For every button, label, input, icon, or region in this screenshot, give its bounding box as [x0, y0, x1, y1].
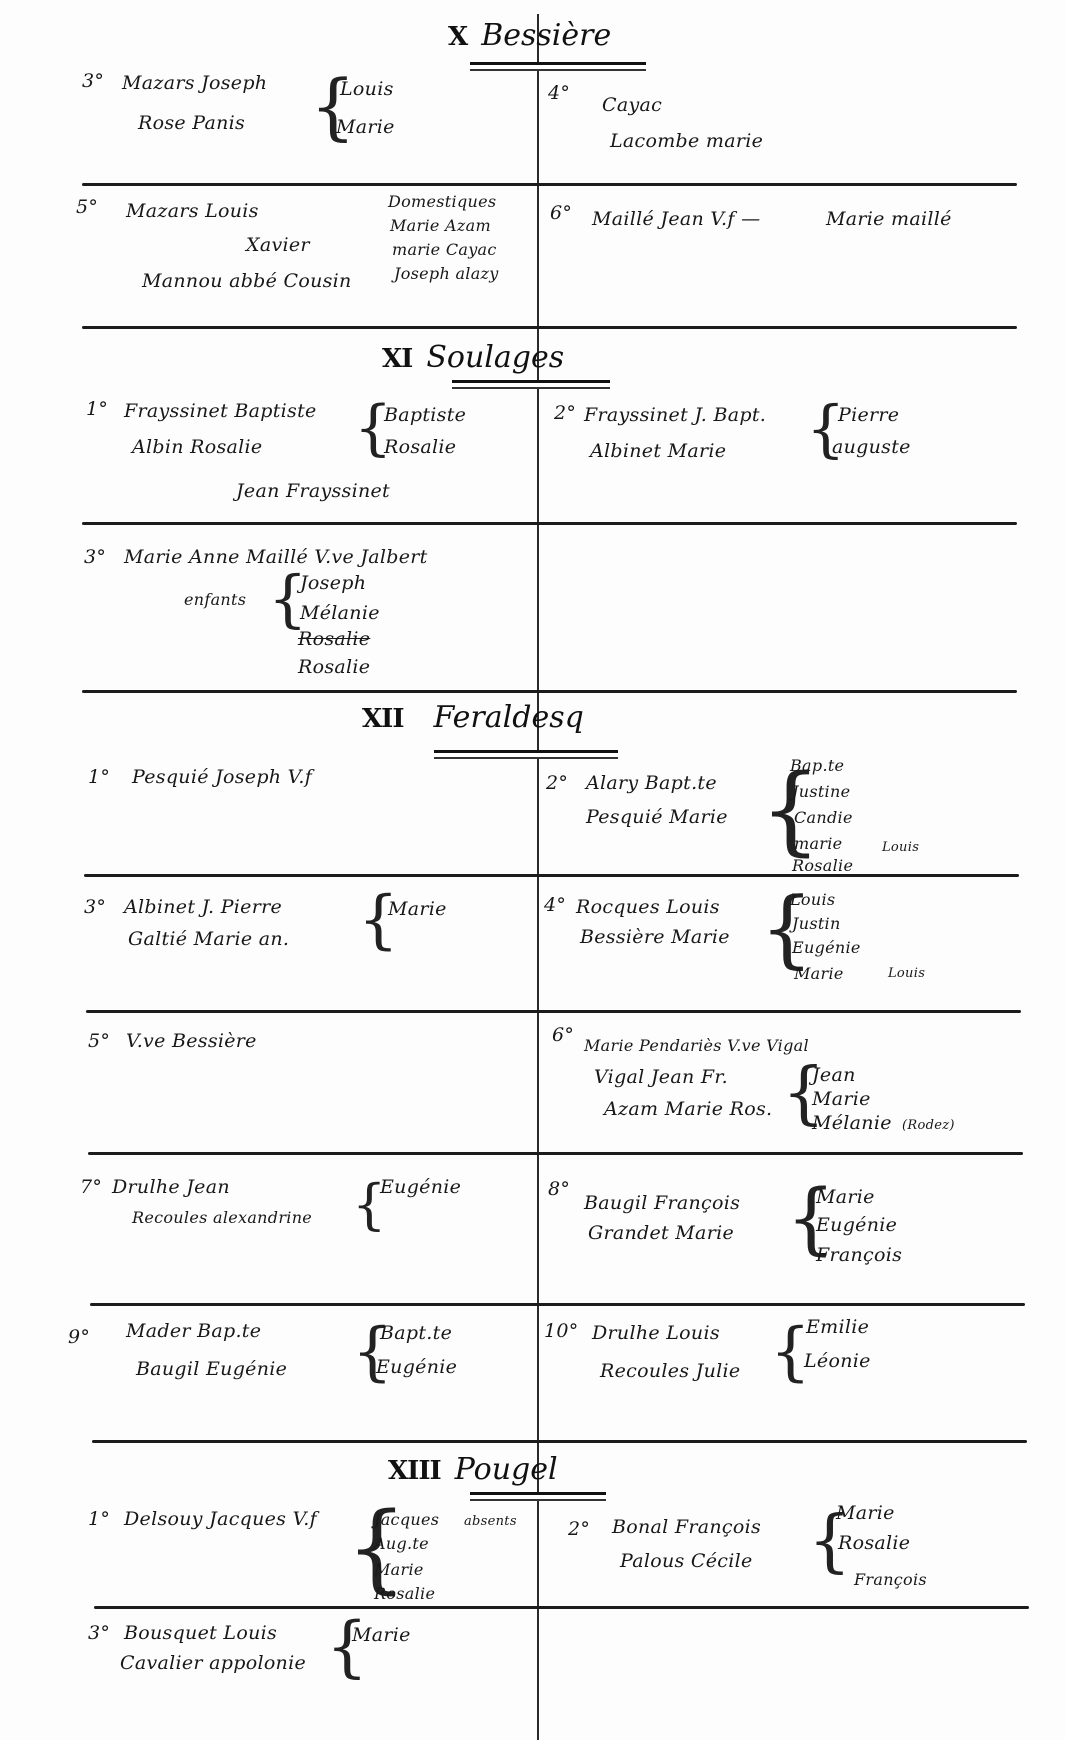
- entry-number: 6°: [552, 1024, 574, 1046]
- entry-number: 10°: [544, 1320, 579, 1342]
- section-roman: XI: [382, 344, 412, 374]
- child-name: Eugénie: [376, 1356, 457, 1378]
- head-name: Bousquet Louis: [124, 1622, 277, 1644]
- child-name: auguste: [832, 436, 911, 458]
- child-name: François: [816, 1244, 902, 1266]
- child-name: Marie: [352, 1624, 411, 1646]
- child-name: Eugénie: [792, 938, 861, 957]
- spouse-name: Bessière Marie: [580, 926, 730, 948]
- child-name: Rosalie: [374, 1584, 435, 1603]
- child-name: Louis: [340, 78, 394, 100]
- spouse-name: Rose Panis: [138, 112, 245, 134]
- row-rule: [94, 1606, 1029, 1609]
- section-heading: XIIIPougel: [388, 1452, 558, 1487]
- entry-number: 7°: [80, 1176, 102, 1198]
- heading-underline: [434, 750, 618, 759]
- household-member: Marie Azam: [390, 216, 491, 235]
- head-name: Frayssinet Baptiste: [124, 400, 317, 422]
- spouse-name: Recoules alexandrine: [132, 1208, 312, 1227]
- head-name: Rocques Louis: [576, 896, 720, 918]
- entry-number: 1°: [88, 1508, 110, 1530]
- head-name: Baugil François: [584, 1192, 740, 1214]
- entry-number: 2°: [546, 772, 568, 794]
- head-name: Bonal François: [612, 1516, 761, 1538]
- spouse-name: Recoules Julie: [600, 1360, 740, 1382]
- child-name: Bap.te: [790, 756, 844, 775]
- spouse-name: Grandet Marie: [588, 1222, 734, 1244]
- entry-number: 6°: [550, 202, 572, 224]
- relative-name: Jean Frayssinet: [236, 480, 390, 502]
- spouse-name: Baugil Eugénie: [136, 1358, 287, 1380]
- spouse-name: Azam Marie Ros.: [604, 1098, 772, 1120]
- heading-underline: [470, 62, 646, 71]
- section-roman: X: [448, 22, 467, 52]
- section-roman: XIII: [388, 1456, 441, 1486]
- child-name: Aug.te: [374, 1534, 429, 1553]
- child-name-struck: Rosalie: [298, 628, 370, 650]
- child-name: Rosalie: [838, 1532, 910, 1554]
- row-rule: [82, 522, 1017, 525]
- section-place: Feraldesq: [434, 700, 584, 735]
- row-rule: [82, 326, 1017, 329]
- section-place: Soulages: [426, 340, 564, 375]
- child-name: Mélanie: [812, 1112, 892, 1134]
- household-member: Marie maillé: [826, 208, 952, 230]
- row-rule: [82, 183, 1017, 186]
- relative-name: Mannou abbé Cousin: [142, 270, 352, 292]
- child-name: Eugénie: [816, 1214, 897, 1236]
- household-member: marie Cayac: [392, 240, 497, 259]
- child-name: Léonie: [804, 1350, 871, 1372]
- head-name: Delsouy Jacques V.f: [124, 1508, 317, 1530]
- entry-number: 8°: [548, 1178, 570, 1200]
- head-name: Mazars Louis: [126, 200, 259, 222]
- row-rule: [86, 1010, 1021, 1013]
- child-name: Joseph: [300, 572, 366, 594]
- entry-number: 2°: [554, 402, 576, 424]
- section-place: Bessière: [481, 18, 611, 53]
- spouse-name: Cavalier appolonie: [120, 1652, 306, 1674]
- entry-number: 2°: [568, 1518, 590, 1540]
- child-name: Candie: [794, 808, 853, 827]
- child-name: Marie: [336, 116, 395, 138]
- spouse-name: Pesquié Marie: [586, 806, 728, 828]
- spouse-name: Albin Rosalie: [132, 436, 262, 458]
- head-name: Drulhe Jean: [112, 1176, 230, 1198]
- child-name: Jean: [812, 1064, 856, 1086]
- spouse-name: Lacombe marie: [610, 130, 763, 152]
- child-name: Louis: [790, 890, 835, 909]
- head-name: Albinet J. Pierre: [124, 896, 282, 918]
- heading-underline: [470, 1492, 606, 1501]
- head-name-cont: Xavier: [246, 234, 310, 256]
- section-heading: XBessière: [448, 18, 611, 53]
- head-name: Mazars Joseph: [122, 72, 267, 94]
- entry-number: 1°: [88, 766, 110, 788]
- head-name: Mader Bap.te: [126, 1320, 261, 1342]
- head-name: V.ve Bessière: [126, 1030, 257, 1052]
- child-name: Marie: [388, 898, 447, 920]
- household-member: Domestiques: [388, 192, 496, 211]
- entry-number: 3°: [82, 70, 104, 92]
- household-member: Joseph alazy: [394, 264, 499, 283]
- child-name: Jacques: [374, 1510, 439, 1529]
- head-name: Alary Bapt.te: [586, 772, 717, 794]
- entry-number: 9°: [68, 1326, 90, 1348]
- head-name: Drulhe Louis: [592, 1322, 720, 1344]
- heading-underline: [452, 380, 610, 389]
- entry-number: 3°: [88, 1622, 110, 1644]
- margin-note: Louis: [888, 966, 925, 981]
- row-rule: [92, 1440, 1027, 1443]
- entry-number: 5°: [76, 196, 98, 218]
- census-page: XBessière 3° Mazars Joseph Rose Panis { …: [0, 0, 1065, 1740]
- child-name: Marie: [794, 964, 844, 983]
- spouse-name: Albinet Marie: [590, 440, 726, 462]
- head-name: Maillé Jean V.f —: [592, 208, 760, 230]
- section-heading: XISoulages: [382, 340, 564, 375]
- children-label: enfants: [184, 590, 246, 609]
- child-name: Baptiste: [384, 404, 466, 426]
- child-name: Pierre: [838, 404, 899, 426]
- row-rule: [88, 1152, 1023, 1155]
- section-place: Pougel: [455, 1452, 558, 1487]
- section-roman: XII: [362, 704, 404, 734]
- entry-number: 4°: [544, 894, 566, 916]
- head-name: Cayac: [602, 94, 662, 116]
- child-name: Justine: [792, 782, 850, 801]
- margin-note: (Rodez): [902, 1118, 955, 1133]
- child-name: Marie: [812, 1088, 871, 1110]
- spouse-name: Palous Cécile: [620, 1550, 753, 1572]
- row-rule: [82, 690, 1017, 693]
- child-name: Mélanie: [300, 602, 380, 624]
- row-rule: [90, 1303, 1025, 1306]
- child-name: Rosalie: [298, 656, 370, 678]
- child-name: Marie: [816, 1186, 875, 1208]
- entry-number: 5°: [88, 1030, 110, 1052]
- relative-name: Vigal Jean Fr.: [594, 1066, 728, 1088]
- entry-number: 1°: [86, 398, 108, 420]
- head-name: Marie Pendariès V.ve Vigal: [584, 1036, 809, 1055]
- child-name: Marie: [374, 1560, 424, 1579]
- margin-note: Louis: [882, 840, 919, 855]
- child-name: Marie: [836, 1502, 895, 1524]
- entry-number: 3°: [84, 896, 106, 918]
- child-name: François: [854, 1570, 927, 1589]
- row-rule: [84, 874, 1019, 877]
- child-name: Rosalie: [792, 856, 853, 875]
- head-name: Frayssinet J. Bapt.: [584, 404, 766, 426]
- section-heading: XIIFeraldesq: [362, 700, 584, 735]
- head-name: Pesquié Joseph V.f: [132, 766, 312, 788]
- entry-number: 3°: [84, 546, 106, 568]
- child-name: Justin: [792, 914, 841, 933]
- entry-number: 4°: [548, 82, 570, 104]
- child-name: Rosalie: [384, 436, 456, 458]
- margin-note: absents: [464, 1514, 517, 1529]
- child-name: Eugénie: [380, 1176, 461, 1198]
- child-name: Bapt.te: [380, 1322, 452, 1344]
- child-name: marie: [794, 834, 842, 853]
- child-name: Emilie: [806, 1316, 869, 1338]
- spouse-name: Galtié Marie an.: [128, 928, 289, 950]
